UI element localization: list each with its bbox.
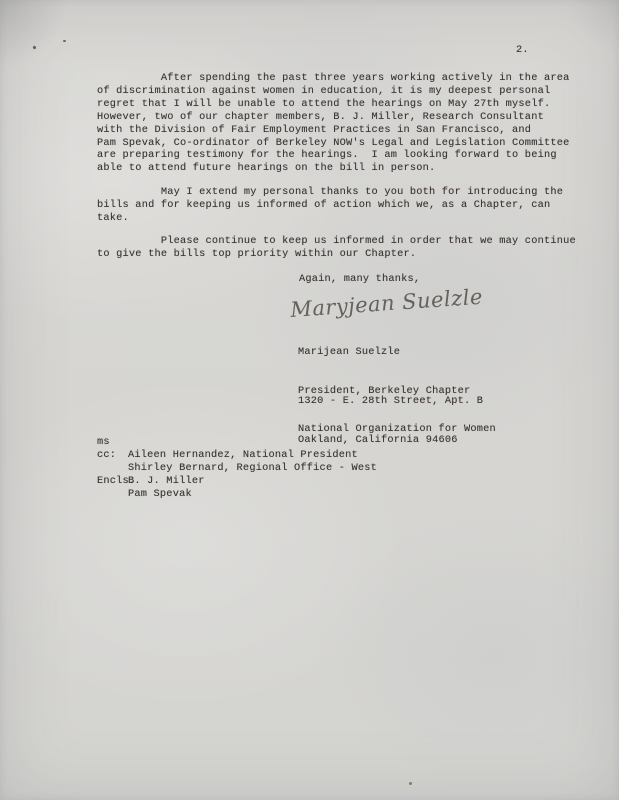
- letter-page: 2. After spending the past three years w…: [0, 0, 619, 800]
- cc-label: cc:: [97, 449, 116, 462]
- typist-initials: ms: [97, 436, 135, 449]
- body-paragraph-2: May I extend my personal thanks to you b…: [97, 186, 563, 225]
- body-paragraph-1: After spending the past three years work…: [97, 72, 570, 175]
- paper-speck: [409, 782, 412, 785]
- handwritten-signature: Maryjean Suelzle: [286, 278, 496, 324]
- address-line-1: 1320 - E. 28th Street, Apt. B: [298, 395, 483, 408]
- body-paragraph-3: Please continue to keep us informed in o…: [97, 235, 576, 261]
- signer-name: Marijean Suelzle: [298, 346, 496, 359]
- signature-script-text: Maryjean Suelzle: [289, 285, 484, 322]
- cc-list: Aileen Hernandez, National President Shi…: [128, 449, 377, 501]
- paper-speck: [63, 40, 66, 42]
- address-line-2: Oakland, California 94606: [298, 434, 483, 447]
- paper-speck: [32, 45, 36, 49]
- page-number: 2.: [516, 44, 529, 57]
